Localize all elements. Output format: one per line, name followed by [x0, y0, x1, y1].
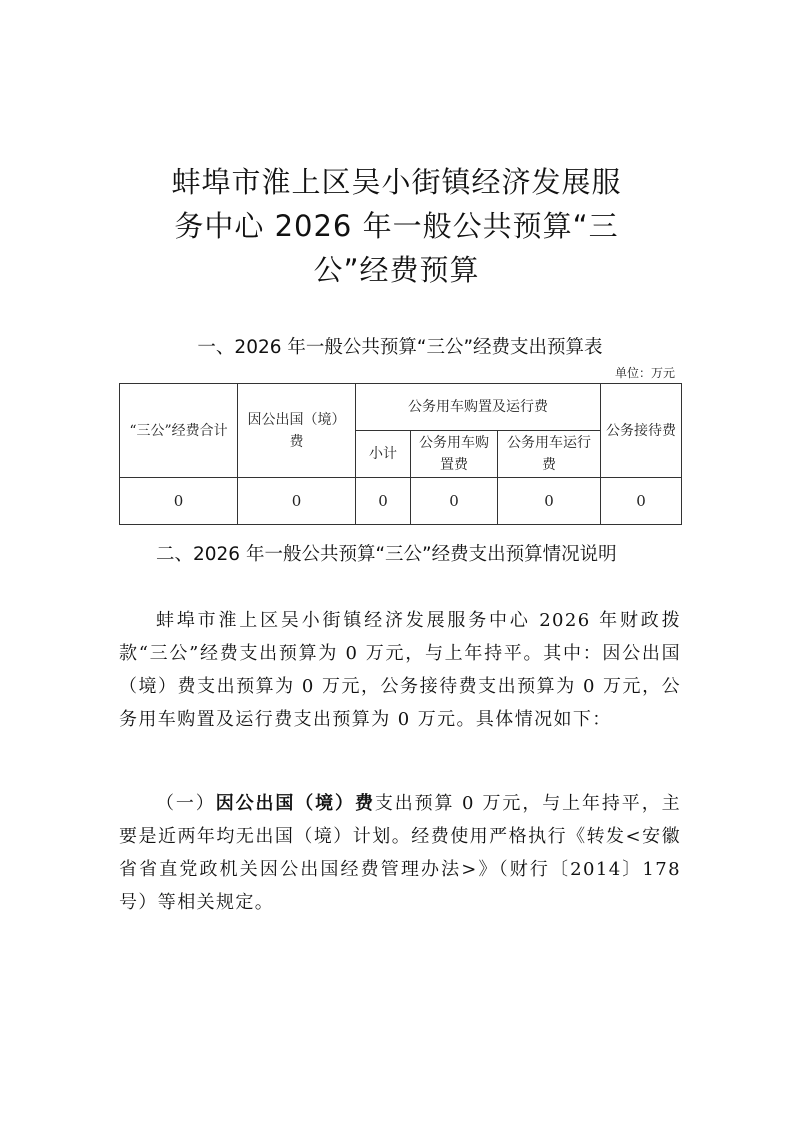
table-header-row: “三公”经费合计 因公出国（境）费 公务用车购置及运行费 公务接待费	[120, 384, 682, 431]
header-vehicle-operation: 公务用车运行费	[498, 431, 601, 478]
section-1-heading: 一、2026 年一般公共预算“三公”经费支出预算表	[119, 333, 681, 359]
cell-total: 0	[120, 478, 238, 525]
header-vehicle-purchase: 公务用车购置费	[411, 431, 498, 478]
section-2-heading: 二、2026 年一般公共预算“三公”经费支出预算情况说明	[119, 536, 681, 574]
unit-label: 单位：万元	[615, 364, 675, 381]
three-public-budget-table: “三公”经费合计 因公出国（境）费 公务用车购置及运行费 公务接待费 小计 公务…	[119, 383, 682, 525]
document-title: 蚌埠市淮上区吴小街镇经济发展服 务中心 2026 年一般公共预算“三 公”经费预…	[100, 160, 693, 292]
cell-overseas: 0	[238, 478, 356, 525]
header-vehicle-subtotal: 小计	[356, 431, 411, 478]
title-line: 公”经费预算	[100, 248, 693, 292]
bold-term: 因公出国（境）费	[216, 793, 375, 814]
paragraph-summary: 蚌埠市淮上区吴小街镇经济发展服务中心 2026 年财政拨款“三公”经费支出预算为…	[119, 604, 681, 736]
header-reception: 公务接待费	[601, 384, 682, 478]
title-line: 蚌埠市淮上区吴小街镇经济发展服	[100, 160, 693, 204]
cell-vehicle-purchase: 0	[411, 478, 498, 525]
header-overseas: 因公出国（境）费	[238, 384, 356, 478]
cell-vehicle-subtotal: 0	[356, 478, 411, 525]
cell-reception: 0	[601, 478, 682, 525]
cell-vehicle-operation: 0	[498, 478, 601, 525]
paragraph-overseas: （一）因公出国（境）费支出预算 0 万元，与上年持平，主要是近两年均无出国（境）…	[119, 787, 681, 919]
table-row: 0 0 0 0 0 0	[120, 478, 682, 525]
title-line: 务中心 2026 年一般公共预算“三	[100, 204, 693, 248]
header-total: “三公”经费合计	[120, 384, 238, 478]
header-vehicle-group: 公务用车购置及运行费	[356, 384, 601, 431]
document-page: 蚌埠市淮上区吴小街镇经济发展服 务中心 2026 年一般公共预算“三 公”经费预…	[0, 0, 793, 1122]
paragraph-prefix: （一）	[156, 793, 216, 814]
